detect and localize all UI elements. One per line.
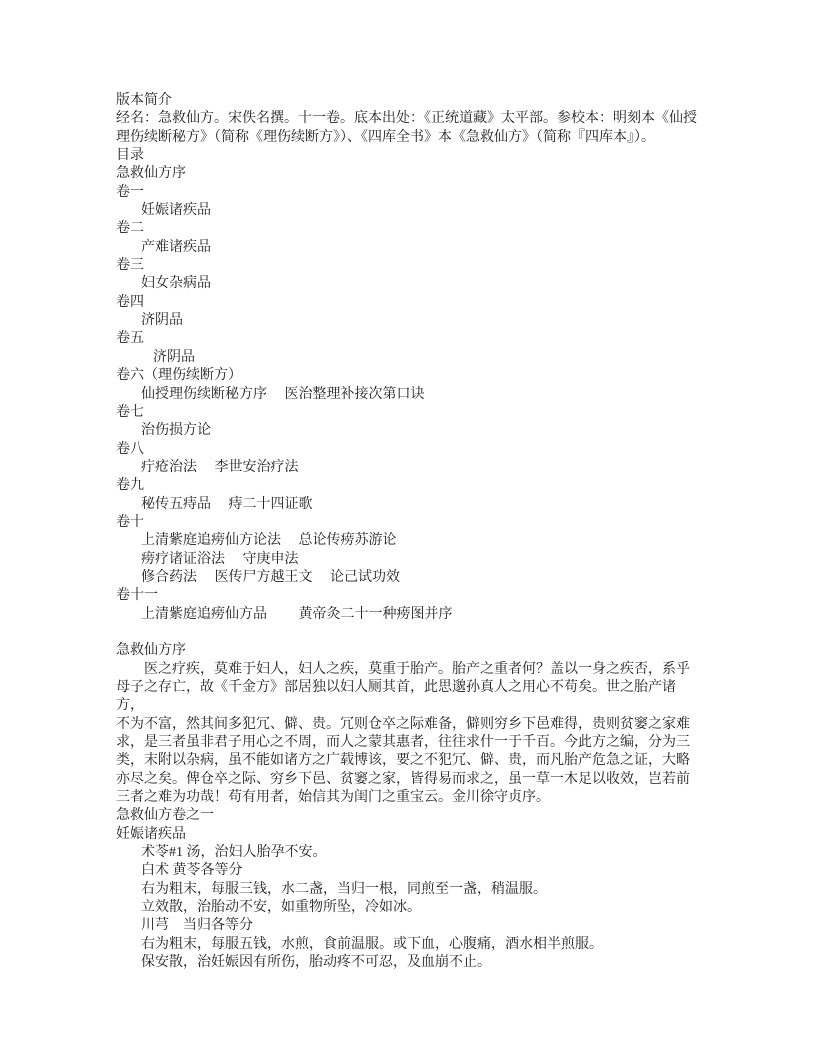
- text-line: 卷一: [116, 184, 700, 202]
- text-line: 急救仙方卷之一: [116, 807, 700, 825]
- document-page: 版本简介经名：急救仙方。宋佚名撰。十一卷。底本出处：《正统道藏》太平部。参校本：…: [0, 0, 816, 1056]
- text-line: 经名：急救仙方。宋佚名撰。十一卷。底本出处：《正统道藏》太平部。参校本：明刻本《…: [116, 110, 700, 128]
- text-line: 版本简介: [116, 92, 700, 110]
- text-line: 仙授理伤续断秘方序 医治整理补接次第口诀: [116, 386, 700, 404]
- text-line: 秘传五痔品 痔二十四证歌: [116, 496, 700, 514]
- text-line: 卷七: [116, 404, 700, 422]
- text-line: 济阴品: [116, 349, 700, 367]
- text-line: 卷六（理伤续断方）: [116, 367, 700, 385]
- text-line: 白术 黄苓各等分: [116, 862, 700, 880]
- text-line: 保安散，治妊娠因有所伤，胎动疼不可忍，及血崩不止。: [116, 954, 700, 972]
- text-line: 痨疗诸证浴法 守庚申法: [116, 551, 700, 569]
- text-line: [116, 624, 700, 642]
- text-line: 立效散，治胎动不安，如重物所坠，冷如冰。: [116, 899, 700, 917]
- text-line: 急救仙方序: [116, 642, 700, 660]
- text-line: 卷十: [116, 514, 700, 532]
- text-line: 济阴品: [116, 312, 700, 330]
- text-line: 妇女杂病品: [116, 275, 700, 293]
- text-line: 妊娠诸疾品: [116, 202, 700, 220]
- text-line: 卷十一: [116, 587, 700, 605]
- document-body: 版本简介经名：急救仙方。宋佚名撰。十一卷。底本出处：《正统道藏》太平部。参校本：…: [116, 92, 700, 973]
- text-line: 卷九: [116, 477, 700, 495]
- text-line: 卷四: [116, 294, 700, 312]
- text-line: 求，是三者虽非君子用心之不周，而人之蒙其惠者，往往求什一于千百。今此方之编，分为…: [116, 734, 700, 752]
- text-line: 治伤损方论: [116, 422, 700, 440]
- text-line: 卷三: [116, 257, 700, 275]
- text-line: 亦尽之矣。俾仓卒之际、穷乡下邑、贫窭之家，皆得易而求之，虽一草一木足以收效，岂若…: [116, 771, 700, 789]
- text-line: 卷二: [116, 220, 700, 238]
- text-line: 目录: [116, 147, 700, 165]
- text-line: 母子之存亡，故《千金方》部居独以妇人厕其首，此思邈孙真人之用心不苟矣。世之胎产诸…: [116, 679, 700, 716]
- text-line: 术苓#1 汤，治妇人胎孕不安。: [116, 844, 700, 862]
- text-line: 上清紫庭追痨仙方论法 总论传痨苏游论: [116, 532, 700, 550]
- text-line: 产难诸疾品: [116, 239, 700, 257]
- text-line: 右为粗末，每服五钱，水煎，食前温服。或下血，心腹痛，酒水相半煎服。: [116, 936, 700, 954]
- text-line: 急救仙方序: [116, 165, 700, 183]
- text-line: 不为不富，然其间多犯冗、僻、贵。冗则仓卒之际难备，僻则穷乡下邑难得，贵则贫窭之家…: [116, 716, 700, 734]
- text-line: 右为粗末，每服三钱，水二盏，当归一根，同煎至一盏，稍温服。: [116, 881, 700, 899]
- text-line: 卷八: [116, 441, 700, 459]
- text-line: 三者之难为功哉！苟有用者，始信其为闺门之重宝云。金川徐守贞序。: [116, 789, 700, 807]
- text-line: 修合药法 医传尸方越王文 论己试功效: [116, 569, 700, 587]
- text-line: 医之疗疾，莫难于妇人，妇人之疾，莫重于胎产。胎产之重者何？盖以一身之疾否，系乎: [116, 661, 700, 679]
- text-line: 理伤续断秘方》（简称《理伤续断方》）、《四库全书》本《急救仙方》（简称『四库本』…: [116, 129, 700, 147]
- text-line: 川芎 当归各等分: [116, 917, 700, 935]
- text-line: 妊娠诸疾品: [116, 826, 700, 844]
- text-line: 卷五: [116, 330, 700, 348]
- text-line: 上清紫庭追痨仙方品 黄帝灸二十一种痨图并序: [116, 606, 700, 624]
- text-line: 类，末附以杂病，虽不能如诸方之广载博该，要之不犯冗、僻、贵，而凡胎产危急之证，大…: [116, 752, 700, 770]
- text-line: 疔疮治法 李世安治疗法: [116, 459, 700, 477]
